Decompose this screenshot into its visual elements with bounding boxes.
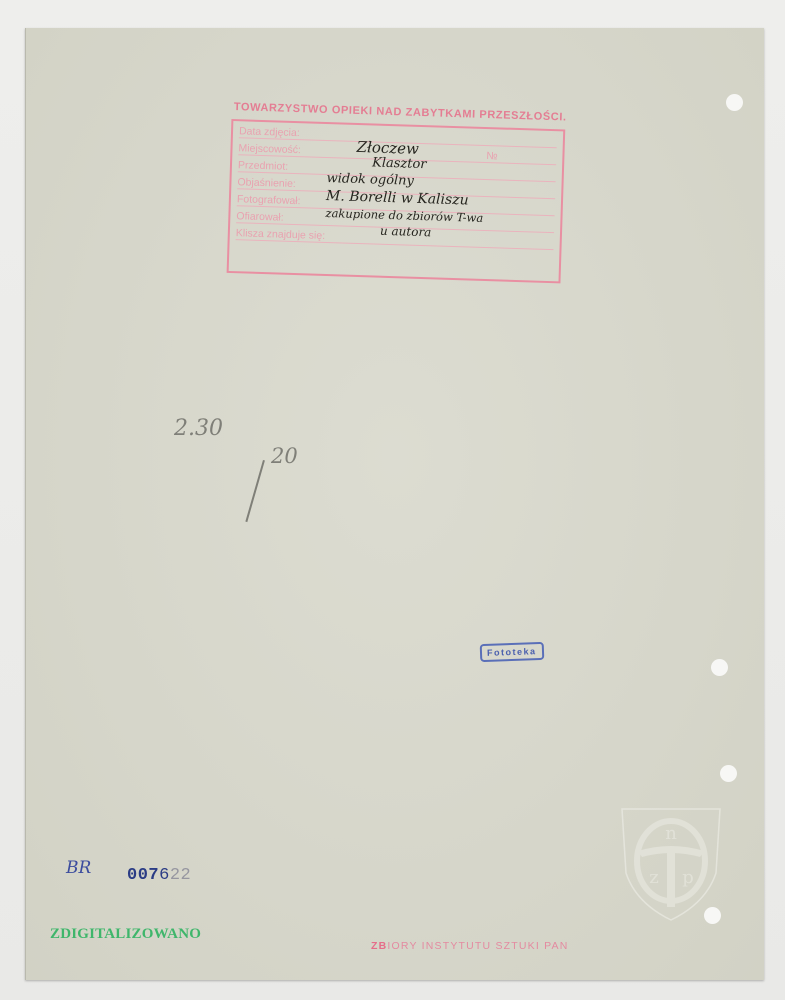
fototeka-stamp: Fototeka [480, 642, 544, 662]
br-handwritten-mark: BR [66, 858, 91, 878]
pencil-slash [245, 460, 264, 522]
society-stamp: TOWARZYSTWO OPIEKI NAD ZABYTKAMI PRZESZŁ… [226, 101, 576, 292]
pencil-note-top: 2.30 [174, 416, 223, 441]
svg-text:z: z [649, 867, 658, 888]
handwritten-place: Złoczew [356, 138, 419, 158]
punch-hole [720, 765, 737, 782]
shield-monogram-watermark-icon: n z p [616, 803, 726, 923]
handwritten-negative: u autora [380, 224, 432, 240]
punch-hole [726, 94, 743, 111]
handwritten-subject: Klasztor [372, 155, 427, 172]
archival-card: TOWARZYSTWO OPIEKI NAD ZABYTKAMI PRZESZŁ… [25, 28, 764, 980]
pencil-note-bottom: 20 [271, 444, 298, 468]
svg-text:n: n [665, 823, 677, 844]
svg-text:p: p [682, 867, 694, 888]
stamp-form-box: Data zdjęcia: Miejscowość: № Przedmiot: … [227, 119, 566, 283]
number-sign: № [486, 150, 498, 162]
handwritten-description: widok ogólny [326, 171, 414, 189]
inventory-number: 007622 [127, 866, 191, 885]
punch-hole [711, 659, 728, 676]
collection-stamp: ZBIORY INSTYTUTU SZTUKI PAN [371, 940, 569, 952]
digitized-stamp: ZDIGITALIZOWANO [50, 926, 201, 943]
